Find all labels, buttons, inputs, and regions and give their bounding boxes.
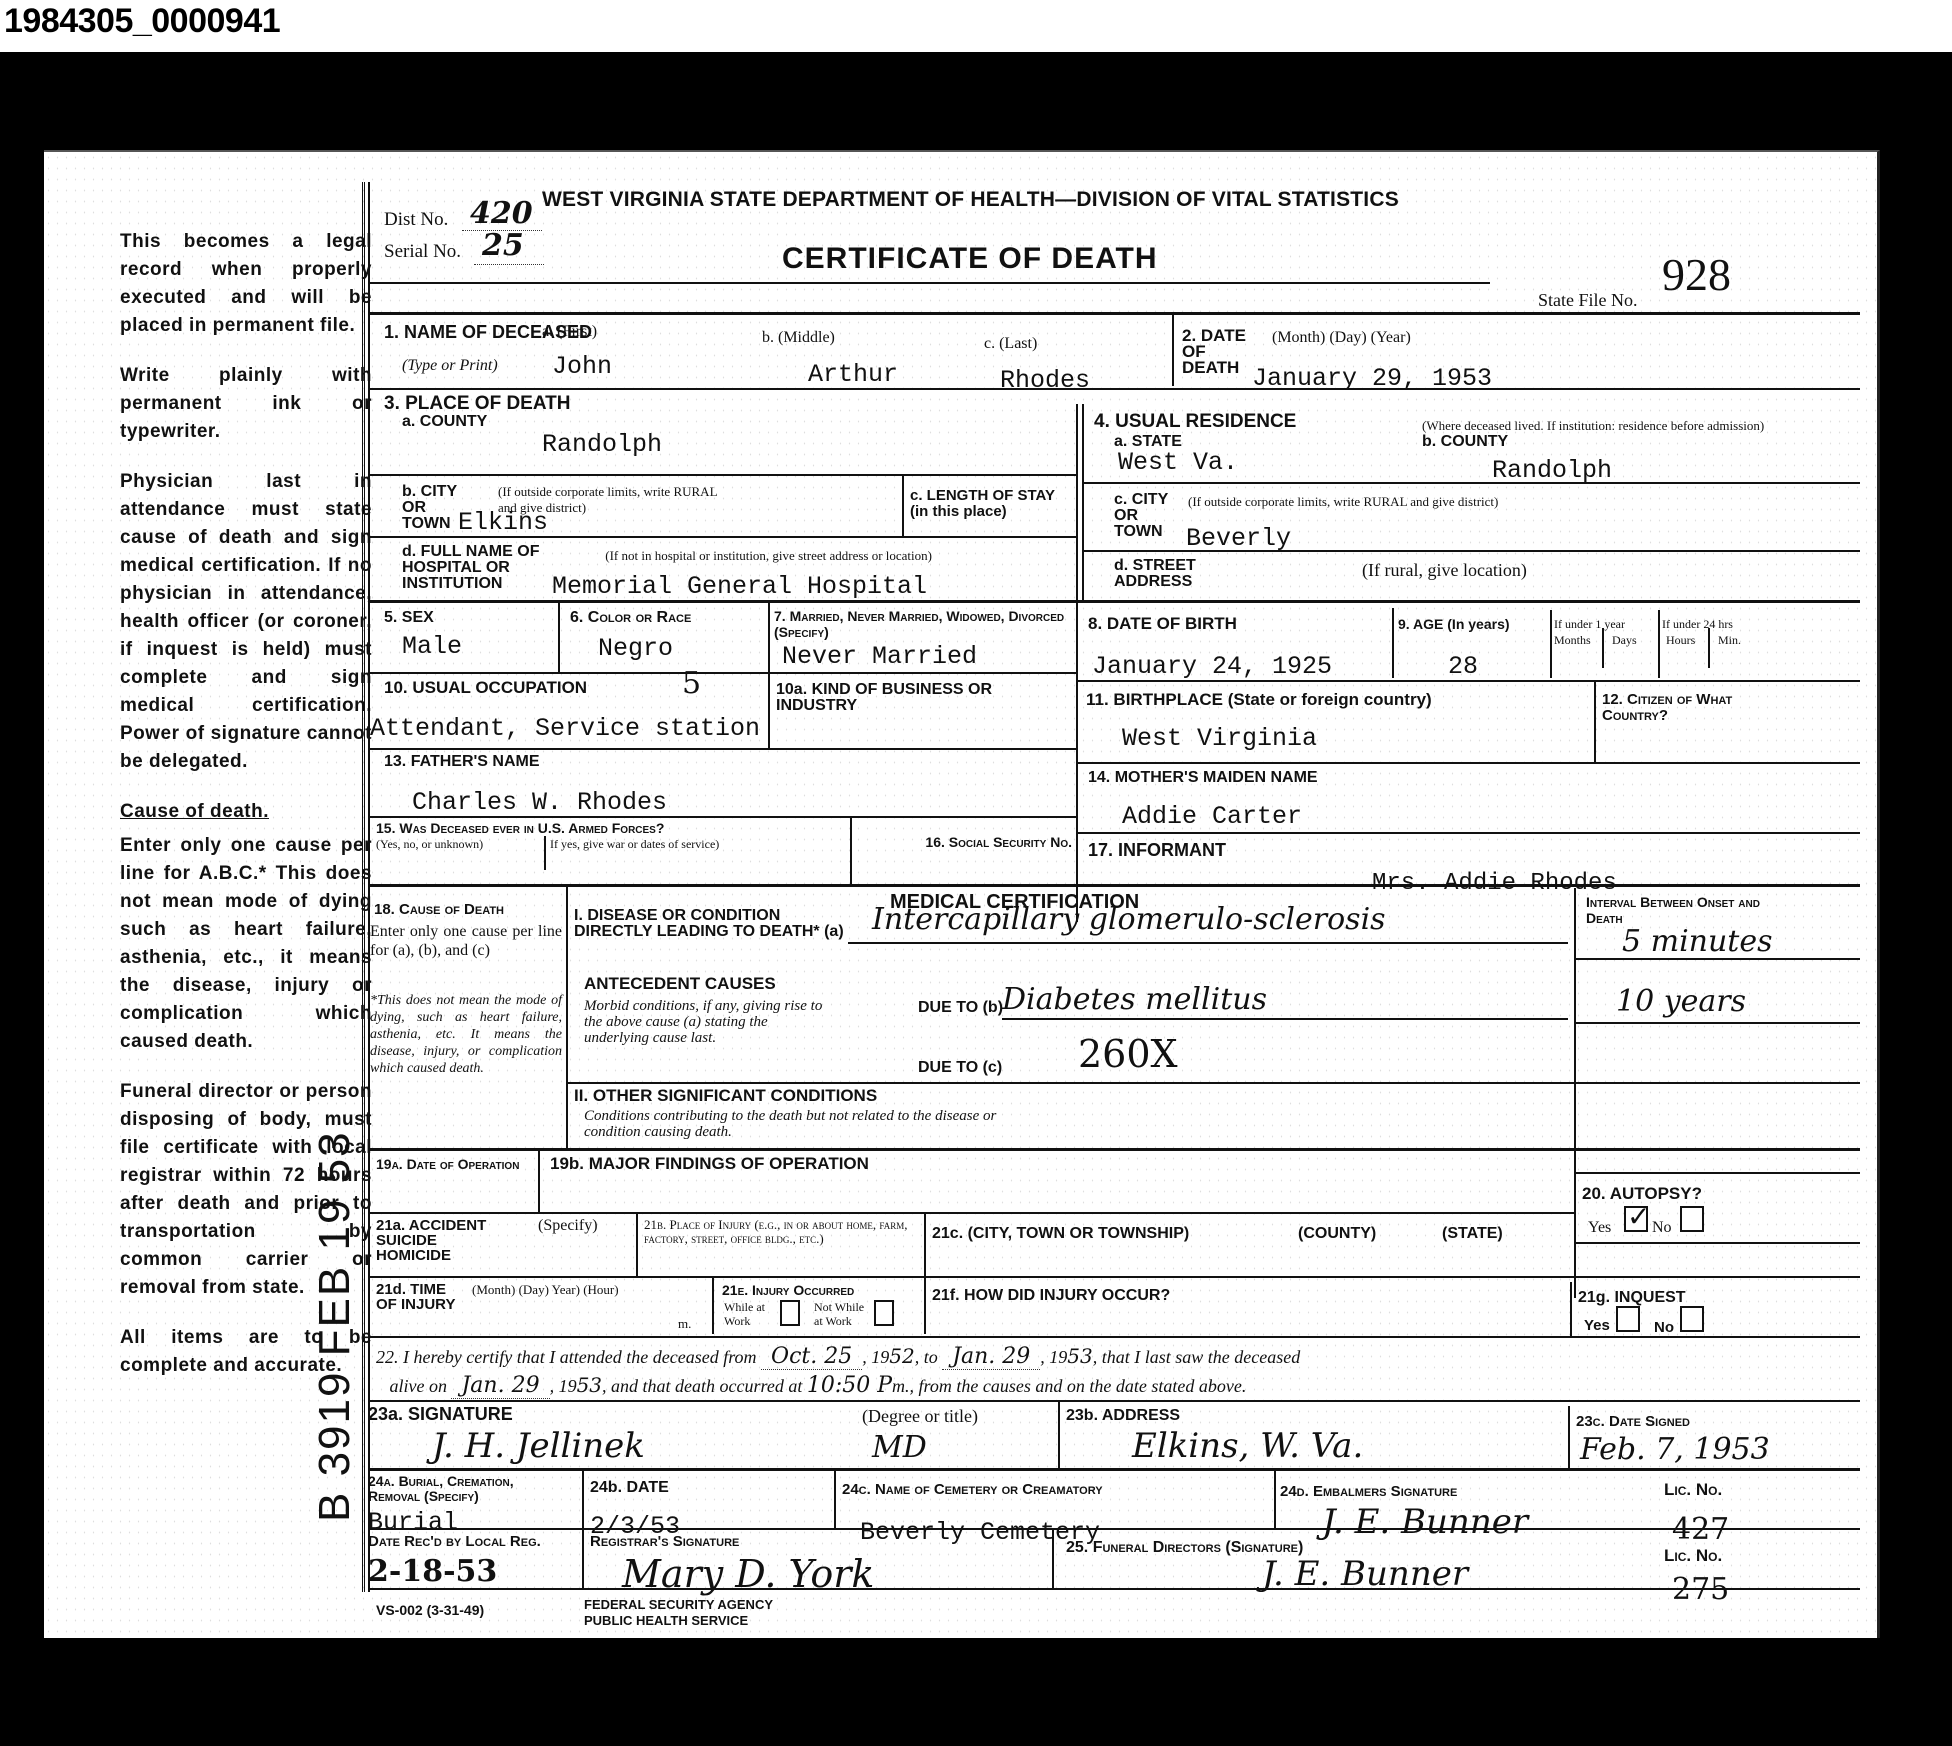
months-label: Months: [1554, 632, 1591, 648]
rule: [1172, 314, 1174, 386]
operation-date-label: 19a. Date of Operation: [376, 1156, 526, 1172]
place-of-death-label: 3. PLACE OF DEATH: [384, 396, 571, 412]
cert-line2-end: m., from the causes and on the date stat…: [892, 1376, 1246, 1396]
res-city-label: c. CITY OR TOWN: [1114, 492, 1174, 540]
pod-city-value[interactable]: Elkins: [458, 508, 548, 537]
serial-no-label: Serial No.: [384, 244, 461, 260]
document-id: 1984305_0000941: [4, 2, 280, 41]
rule: [1082, 482, 1860, 484]
rule: [1076, 832, 1860, 834]
while-at-work-checkbox[interactable]: [780, 1300, 800, 1326]
rule: [902, 476, 904, 536]
occupation-value[interactable]: Attendant, Service station: [370, 714, 760, 743]
not-while-at-work-checkbox[interactable]: [874, 1300, 894, 1326]
cause-note: *This does not mean the mode of dying, s…: [370, 992, 562, 1077]
middle-name-label: b. (Middle): [762, 330, 835, 346]
injury-time-cols: (Month) (Day) Year) (Hour): [472, 1282, 619, 1298]
rule: [1076, 680, 1860, 682]
pod-city-label: b. CITY OR TOWN: [402, 484, 462, 532]
received-value[interactable]: 2-18-53: [368, 1554, 497, 1589]
alive-on-label: alive on: [390, 1376, 447, 1396]
burial-date-label: 24b. DATE: [590, 1480, 669, 1496]
under-24-hrs-label: If under 24 hrs: [1662, 616, 1733, 632]
res-street-label: d. STREET ADDRESS: [1114, 558, 1214, 590]
due-to-c-label: DUE TO (c): [918, 1060, 1002, 1076]
interval-a-value[interactable]: 5 minutes: [1622, 924, 1773, 959]
rule: [1602, 628, 1604, 668]
alive-on-year[interactable]: 53: [577, 1373, 602, 1397]
cemetery-value[interactable]: Beverly Cemetery: [860, 1518, 1100, 1547]
cause-of-death-label: 18. Cause of Death: [374, 902, 504, 918]
form-number: VS-002 (3-31-49): [376, 1602, 484, 1619]
occupation-label: 10. USUAL OCCUPATION: [384, 680, 587, 696]
rule: [1568, 1406, 1570, 1468]
footer-agency-1: FEDERAL SECURITY AGENCY: [584, 1596, 773, 1613]
date-of-death-label: 2. DATE OF DEATH: [1182, 328, 1262, 376]
form-left-border: [362, 182, 370, 1592]
marital-value[interactable]: Never Married: [782, 642, 977, 671]
physician-signature[interactable]: J. H. Jellinek: [432, 1426, 645, 1466]
antecedent-label: ANTECEDENT CAUSES: [584, 976, 776, 992]
informant-label: 17. INFORMANT: [1088, 842, 1226, 858]
part1-label: I. DISEASE OR CONDITION DIRECTLY LEADING…: [574, 908, 844, 940]
death-time[interactable]: 10:50 P: [807, 1373, 892, 1398]
rule: [924, 1212, 926, 1334]
rule: [370, 1148, 1860, 1151]
rule: [1574, 958, 1860, 960]
inquest-yes-checkbox[interactable]: [1616, 1306, 1640, 1332]
burial-type-label: 24a. Burial, Cremation, Removal (Specify…: [368, 1474, 568, 1504]
citizen-label: 12. Citizen of What Country?: [1602, 692, 1802, 724]
days-label: Days: [1612, 632, 1637, 648]
accident-type-label: 21a. ACCIDENT SUICIDE HOMICIDE: [376, 1218, 496, 1263]
agency-header: WEST VIRGINIA STATE DEPARTMENT OF HEALTH…: [542, 188, 1399, 212]
rule: [848, 942, 1568, 944]
date-of-death-cols: (Month) (Day) (Year): [1272, 330, 1411, 346]
race-label: 6. Color or Race: [570, 610, 691, 626]
funeral-lic-label: Lic. No.: [1664, 1548, 1722, 1564]
not-while-at-work-label: Not While at Work: [814, 1300, 870, 1328]
state-file-label: State File No.: [1538, 292, 1638, 308]
dob-value[interactable]: January 24, 1925: [1092, 652, 1332, 681]
rule: [1058, 1402, 1060, 1468]
rule: [370, 1468, 1860, 1471]
rule: [370, 474, 1076, 476]
cause-a-value[interactable]: Intercapillary glomerulo-sclerosis: [872, 902, 1386, 937]
first-name-label: a. (First): [542, 324, 597, 340]
pod-county-value[interactable]: Randolph: [542, 430, 662, 459]
inquest-yes-label: Yes: [1584, 1318, 1610, 1334]
rule: [370, 748, 1076, 750]
armed-forces-sub2: If yes, give war or dates of service): [550, 836, 719, 852]
degree-label: (Degree or title): [862, 1408, 978, 1424]
father-label: 13. FATHER'S NAME: [384, 754, 540, 770]
father-value[interactable]: Charles W. Rhodes: [412, 788, 667, 817]
res-city-note: (If outside corporate limits, write RURA…: [1188, 494, 1498, 510]
rule: [1550, 610, 1552, 678]
rule: [370, 672, 1076, 674]
cemetery-label: 24c. Name of Cemetery or Creamatory: [842, 1482, 1103, 1498]
armed-forces-label: 15. Was Deceased ever in U.S. Armed Forc…: [376, 820, 664, 836]
rule: [1574, 888, 1576, 1298]
rule: [566, 1082, 1860, 1084]
res-county-value[interactable]: Randolph: [1492, 456, 1612, 485]
part2-label: II. OTHER SIGNIFICANT CONDITIONS: [574, 1088, 877, 1104]
state-file-no[interactable]: 928: [1662, 248, 1731, 301]
alive-on-date[interactable]: Jan. 29: [451, 1373, 549, 1399]
certification-statement: 22. I hereby certify that I attended the…: [376, 1342, 1856, 1400]
rule: [1082, 550, 1860, 552]
rule: [768, 602, 770, 748]
last-name-value[interactable]: Rhodes: [1000, 366, 1090, 395]
rule: [370, 1528, 1860, 1530]
ssn-label: 16. Social Security No.: [858, 834, 1072, 850]
length-of-stay-label: c. LENGTH OF STAY (in this place): [910, 488, 1076, 520]
armed-forces-sub1: (Yes, no, or unknown): [376, 836, 483, 852]
rule: [1002, 1018, 1568, 1020]
injury-time-label: 21d. TIME OF INJURY: [376, 1282, 456, 1312]
rule: [538, 1150, 540, 1212]
dob-label: 8. DATE OF BIRTH: [1088, 616, 1237, 632]
residence-note: (Where deceased lived. If institution: r…: [1422, 418, 1822, 434]
rule: [370, 884, 1860, 887]
attended-from-date[interactable]: Oct. 25: [761, 1344, 862, 1370]
rule: [1658, 610, 1660, 678]
rule: [1594, 682, 1596, 762]
rule: [1570, 1282, 1572, 1338]
rule: [544, 836, 546, 870]
rule: [370, 1588, 1860, 1590]
cert-line1b: that I last saw the deceased: [1102, 1347, 1300, 1367]
last-name-label: c. (Last): [984, 336, 1037, 352]
instruction-cause: Enter only one cause per line for A.B.C.…: [120, 832, 372, 1056]
inquest-no-checkbox[interactable]: [1680, 1306, 1704, 1332]
how-injury-label: 21f. HOW DID INJURY OCCUR?: [932, 1288, 1170, 1304]
specify-label: (Specify): [538, 1218, 598, 1234]
race-value[interactable]: Negro: [598, 634, 673, 663]
while-at-work-label: While at Work: [724, 1300, 774, 1328]
dist-no-label: Dist No.: [384, 212, 448, 228]
res-city-value[interactable]: Beverly: [1186, 524, 1291, 553]
mother-label: 14. MOTHER'S MAIDEN NAME: [1088, 770, 1318, 786]
operation-findings-label: 19b. MAJOR FINDINGS OF OPERATION: [550, 1156, 869, 1172]
autopsy-yes-label: Yes: [1588, 1220, 1611, 1236]
autopsy-yes-checkbox[interactable]: [1624, 1206, 1648, 1232]
rule: [834, 1470, 836, 1528]
name-sublabel: (Type or Print): [402, 358, 498, 374]
sex-value[interactable]: Male: [402, 632, 462, 661]
business-label: 10a. KIND OF BUSINESS OR INDUSTRY: [776, 682, 1076, 714]
rule: [850, 818, 852, 886]
res-street-note: (If rural, give location): [1362, 562, 1527, 578]
sex-label: 5. SEX: [384, 610, 434, 626]
autopsy-no-checkbox[interactable]: [1680, 1206, 1704, 1232]
rule: [370, 536, 1076, 538]
pod-county-label: a. COUNTY: [402, 414, 487, 430]
due-to-b-label: DUE TO (b): [918, 1000, 1003, 1016]
residence-label: 4. USUAL RESIDENCE: [1094, 414, 1296, 430]
physician-address[interactable]: Elkins, W. Va.: [1132, 1426, 1363, 1466]
hospital-note: (If not in hospital or institution, give…: [602, 548, 932, 564]
rule: [712, 1276, 714, 1334]
attended-from-year[interactable]: 52: [889, 1344, 914, 1368]
instruction-physician: Physician last in attendance must state …: [120, 468, 372, 776]
cert-to-label: to: [924, 1347, 938, 1367]
min-label: Min.: [1718, 632, 1741, 648]
registration-stamp: B 3919 FEB 19 53: [310, 1130, 360, 1522]
signature-label: 23a. SIGNATURE: [368, 1406, 513, 1422]
degree-value[interactable]: MD: [872, 1430, 927, 1465]
embalmer-lic-label: Lic. No.: [1664, 1482, 1722, 1498]
serial-no-value[interactable]: 25: [482, 228, 524, 263]
footer-agency-2: PUBLIC HEALTH SERVICE: [584, 1612, 748, 1629]
rule: [558, 602, 560, 672]
attended-to-date[interactable]: Jan. 29: [942, 1344, 1040, 1370]
res-county-label: b. COUNTY: [1422, 434, 1508, 450]
rule: [636, 1212, 638, 1276]
instruction-legal-record: This becomes a legal record when properl…: [120, 228, 372, 340]
rule: [1076, 404, 1078, 600]
injury-occurred-label: 21e. Injury Occurred: [722, 1282, 854, 1298]
rule: [370, 1336, 1860, 1338]
cause-c-code[interactable]: 260X: [1078, 1032, 1178, 1076]
rule: [1052, 1528, 1054, 1588]
marital-label: 7. Married, Never Married, Widowed, Divo…: [774, 608, 1074, 640]
cert-line1a: 22. I hereby certify that I attended the…: [376, 1347, 757, 1367]
middle-name-value[interactable]: Arthur: [808, 360, 898, 389]
rule: [370, 282, 1490, 284]
age-label: 9. AGE (In years): [1398, 616, 1510, 632]
cause-instructions: Enter only one cause per line for (a), (…: [370, 922, 562, 960]
rule: [1076, 762, 1860, 764]
rule: [370, 816, 1076, 818]
rule: [1082, 404, 1084, 600]
death-at-label: and that death occurred at: [611, 1376, 802, 1396]
rule: [370, 1276, 1860, 1278]
rule: [1574, 1242, 1860, 1244]
part2-note: Conditions contributing to the death but…: [584, 1108, 1024, 1140]
autopsy-no-label: No: [1652, 1220, 1672, 1236]
inquest-label: 21g. INQUEST: [1578, 1290, 1686, 1306]
mother-value[interactable]: Addie Carter: [1122, 802, 1302, 831]
rule: [370, 312, 1860, 315]
cause-of-death-heading: Cause of death.: [120, 798, 372, 826]
registrar-label: Registrar's Signature: [590, 1534, 739, 1550]
interval-label: Interval Between Onset and Death: [1586, 894, 1786, 926]
certificate-title: CERTIFICATE OF DEATH: [782, 242, 1158, 276]
date-signed-label: 23c. Date Signed: [1576, 1414, 1690, 1430]
res-state-value[interactable]: West Va.: [1118, 448, 1238, 477]
rule: [1274, 1470, 1276, 1528]
rule: [1574, 1172, 1860, 1174]
rule: [370, 1212, 1574, 1214]
death-certificate-form: Dist No. 420 Serial No. 25 WEST VIRGINIA…: [362, 182, 1862, 1622]
rule: [370, 1400, 1860, 1402]
first-name-value[interactable]: John: [552, 352, 612, 381]
rule: [566, 886, 568, 1150]
age-value[interactable]: 28: [1448, 652, 1478, 681]
rule: [370, 600, 1860, 603]
antecedent-note: Morbid conditions, if any, giving rise t…: [584, 998, 824, 1046]
received-label: Date Rec'd by Local Reg.: [368, 1534, 541, 1550]
rule: [1708, 628, 1710, 668]
injury-state-label: (STATE): [1442, 1226, 1503, 1242]
instruction-write-plainly: Write plainly with permanent ink or type…: [120, 362, 372, 446]
rule: [1574, 1022, 1860, 1024]
injury-m-label: m.: [678, 1316, 691, 1332]
birthplace-label: 11. BIRTHPLACE (State or foreign country…: [1086, 692, 1432, 708]
address-label: 23b. ADDRESS: [1066, 1408, 1180, 1424]
serial-no-line: [474, 264, 544, 265]
attended-to-year[interactable]: 53: [1067, 1344, 1092, 1368]
occupation-code[interactable]: 5: [682, 666, 701, 701]
interval-b-value[interactable]: 10 years: [1616, 984, 1746, 1019]
hours-label: Hours: [1666, 632, 1695, 648]
rule: [370, 388, 1860, 390]
inquest-no-label: No: [1654, 1320, 1674, 1336]
injury-location-label: 21c. (CITY, TOWN OR TOWNSHIP): [932, 1226, 1189, 1242]
place-of-injury-label: 21b. Place of Injury (e.g., in or about …: [644, 1218, 920, 1246]
under-1-year-label: If under 1 year: [1554, 616, 1625, 632]
dist-no-value[interactable]: 420: [470, 196, 533, 231]
embalmer-label: 24d. Embalmers Signature: [1280, 1484, 1457, 1500]
injury-county-label: (COUNTY): [1298, 1226, 1376, 1242]
embalmer-signature[interactable]: J. E. Bunner: [1322, 1502, 1528, 1542]
certificate-paper: This becomes a legal record when properl…: [44, 150, 1880, 1638]
date-signed-value[interactable]: Feb. 7, 1953: [1580, 1432, 1770, 1467]
cause-b-value[interactable]: Diabetes mellitus: [1002, 982, 1267, 1017]
hospital-value[interactable]: Memorial General Hospital: [552, 572, 927, 601]
birthplace-value[interactable]: West Virginia: [1122, 724, 1317, 753]
rule: [1392, 608, 1394, 678]
